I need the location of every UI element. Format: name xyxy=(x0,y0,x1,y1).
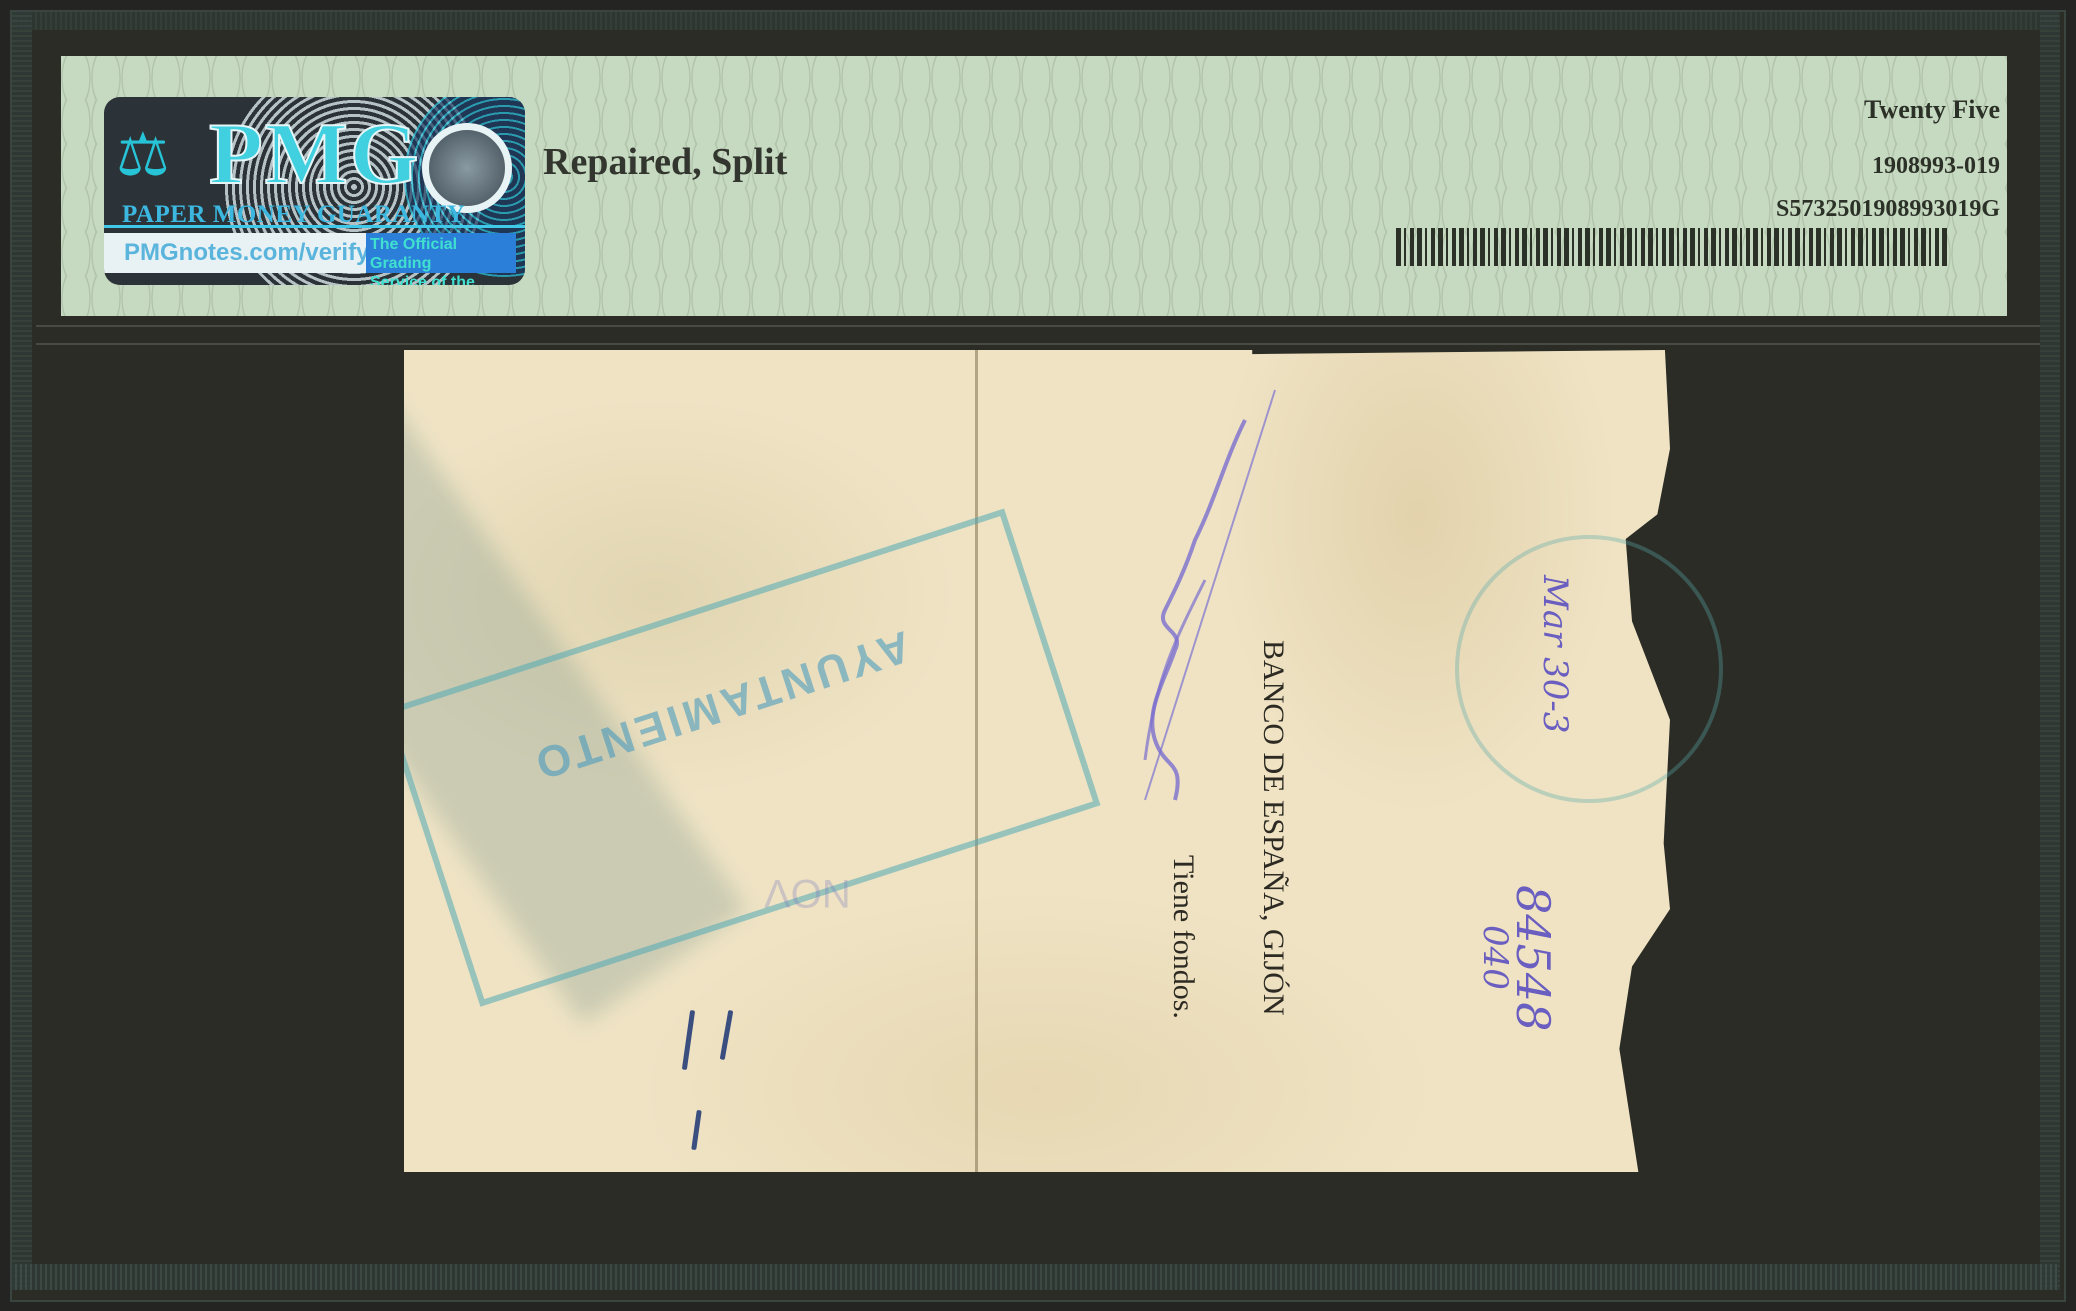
banknote-back: AYUNTAMIENTO NOV xyxy=(404,350,1670,1172)
handwritten-date: Mar 30-3 xyxy=(1535,575,1575,734)
ink-mark xyxy=(682,1010,695,1070)
hologram-seal-icon xyxy=(422,123,512,213)
barcode-serial: S5732501908993019G xyxy=(1776,196,2000,223)
scales-of-justice-icon: ⚖ xyxy=(116,125,170,185)
grade-comment: Repaired, Split xyxy=(543,140,787,184)
slab-edge-top xyxy=(12,12,2058,30)
official-ana-badge: The Official Grading Service of the ANA xyxy=(366,233,516,273)
printed-text-funds: Tiene fondos. xyxy=(1166,855,1200,1019)
official-line-2-prefix: Service of the xyxy=(370,274,475,285)
ink-mark xyxy=(720,1010,734,1060)
cert-number: 1908993-019 xyxy=(1872,153,2000,180)
ink-mark xyxy=(691,1110,702,1150)
printed-text-bank: BANCO DE ESPAÑA, GIJÓN xyxy=(1256,640,1290,1016)
slab-edge-right xyxy=(2040,12,2060,1290)
circular-stamp xyxy=(1455,535,1723,803)
faint-reverse-text: NOV xyxy=(764,870,851,915)
official-line-1: The Official Grading xyxy=(370,235,512,273)
official-line-2: Service of the ANA xyxy=(370,273,512,285)
verify-url[interactable]: PMGnotes.com/verify xyxy=(104,233,366,273)
label-divider-lower xyxy=(36,343,2040,345)
handwritten-number-secondary: 040 xyxy=(1475,925,1515,990)
label-divider xyxy=(36,325,2040,327)
grade-text: Twenty Five xyxy=(1864,95,2000,125)
pmg-hologram: ⚖ PMG PAPER MONEY GUARANTY PMGnotes.com/… xyxy=(104,97,525,285)
pmg-logo: PMG xyxy=(209,111,420,199)
barcode xyxy=(1396,228,1950,266)
slab-edge-left xyxy=(12,12,32,1290)
hologram-rule xyxy=(104,225,525,228)
slab-edge-bottom xyxy=(12,1264,2058,1290)
